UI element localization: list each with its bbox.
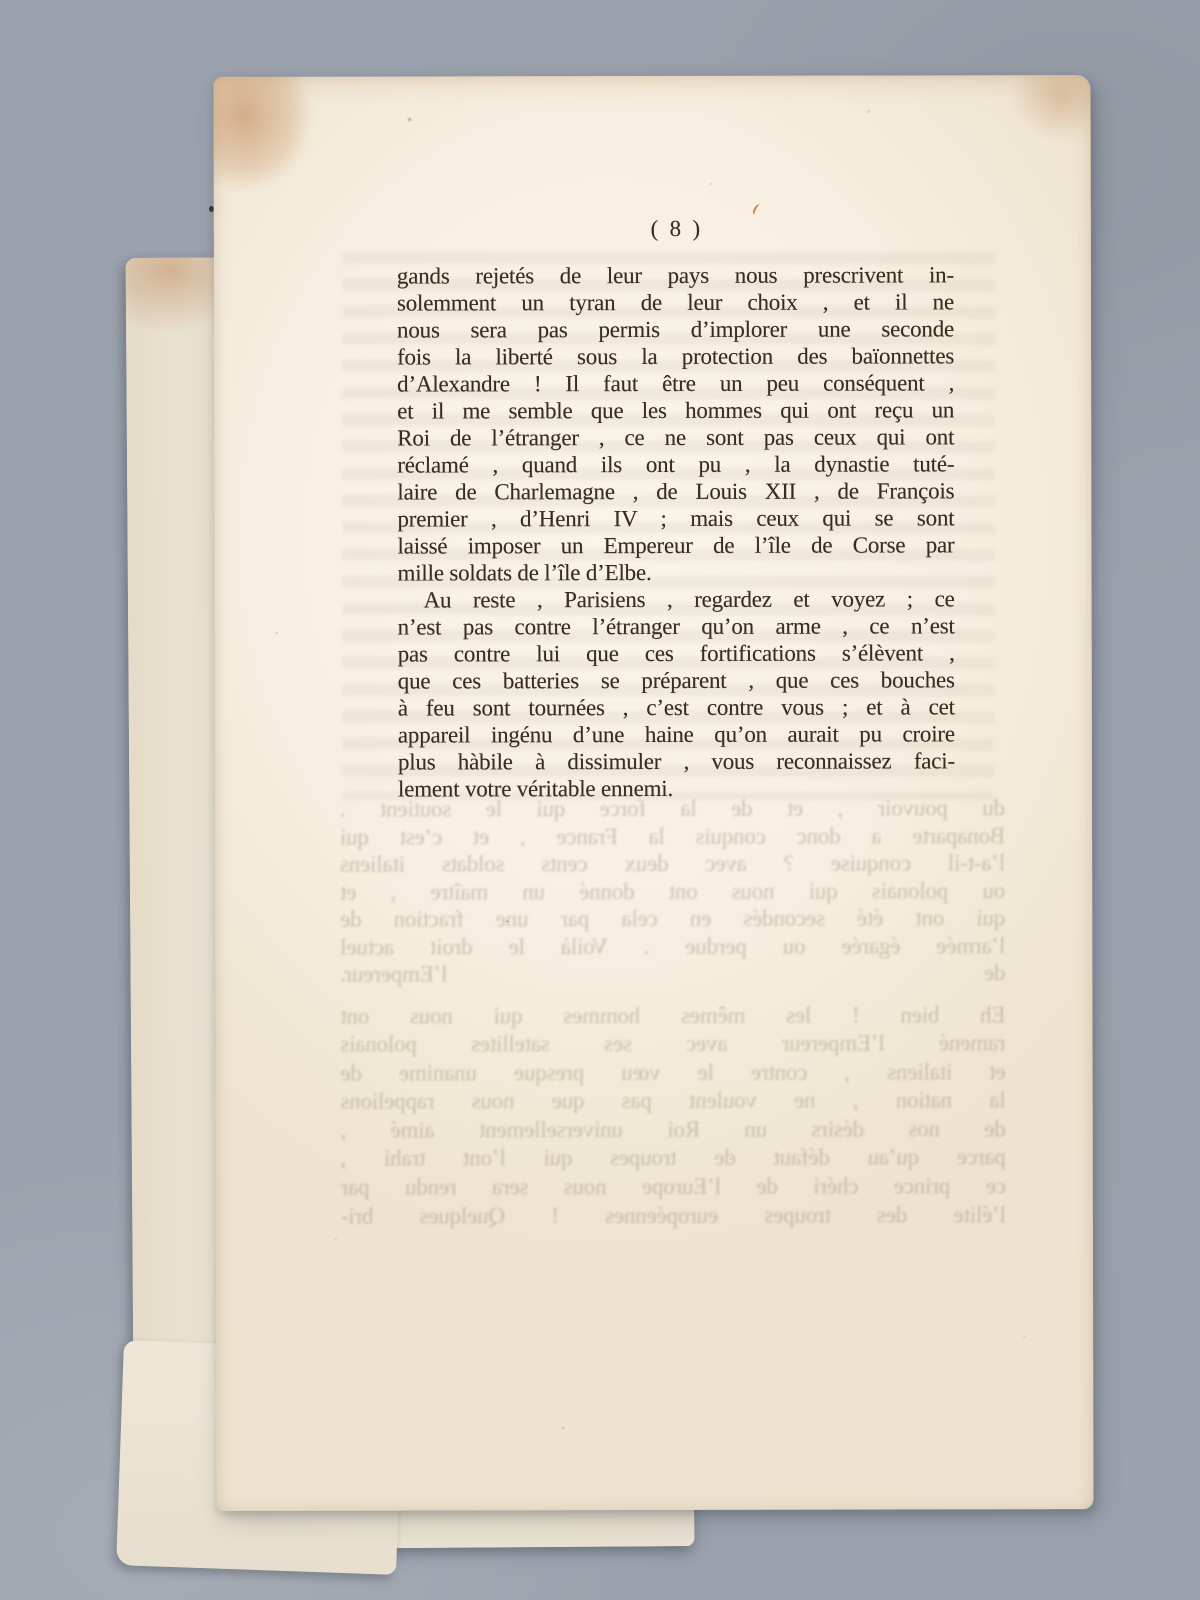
text-line: laire de Charlemagne , de Louis XII , de… (397, 477, 954, 505)
paragraph-continuation: gands rejetés de leur pays nous prescriv… (397, 261, 955, 586)
verso-paragraph: Eh bien ! les mêmes hommes qui nous ontr… (340, 1001, 1005, 1231)
text-line: de nos désirs un Roi universellement aim… (341, 1115, 1006, 1145)
text-line: l’armée égarée ou perdue . Voilà le droi… (340, 932, 1005, 961)
text-line: ou polonais qui nous ont donné un maître… (340, 877, 1005, 906)
text-line: n’est pas contre l’étranger qu’on arme ,… (398, 612, 955, 640)
text-line: l’a-t-il conquise ? avec deux cents sold… (340, 849, 1005, 878)
text-line: laissé imposer un Empereur de l’île de C… (397, 531, 954, 559)
text-line: à feu sont tournées , c’est contre vous … (398, 693, 955, 721)
text-line: lement votre véritable ennemi. (398, 774, 955, 802)
text-line: parce qu’au défaut de troupes qui l’ont … (341, 1144, 1006, 1174)
text-line: qui ont été secondés en cela par une fra… (340, 904, 1005, 933)
text-line: ce prince chéri de l’Europe nous sera re… (341, 1172, 1006, 1202)
text-line: premier , d’Henri IV ; mais ceux qui se … (397, 504, 954, 532)
text-line: réclamé , quand ils ont pu , la dynastie… (397, 450, 954, 478)
text-line: d’Alexandre ! Il faut être un peu conséq… (397, 369, 954, 397)
foxing-stain-top-right (990, 75, 1093, 167)
text-line: ramené l’Empereur avec ses satellites po… (340, 1029, 1005, 1059)
text-line: pas contre lui que ces fortifications s’… (398, 639, 955, 667)
text-line: la nation , ne voulent pas que nous rapp… (341, 1087, 1006, 1117)
text-line: l’élite des troupes européennes ! Quelqu… (341, 1201, 1006, 1231)
verso-paragraph: du pouvoir , et de la force qui le souti… (340, 794, 1005, 988)
text-line: nous sera pas permis d’implorer une seco… (397, 315, 954, 343)
text-line: fois la liberté sous la protection des b… (397, 342, 954, 370)
text-line: plus hàbile à dissimuler , vous reconnai… (398, 747, 955, 775)
foxing-stain-top-left (213, 75, 345, 241)
text-line: solemment un tyran de leur choix , et il… (397, 288, 954, 316)
text-line: et italiens , contre le vœu presque unan… (341, 1058, 1006, 1088)
text-line: appareil ingénu d’une haine qu’on aurait… (398, 720, 955, 748)
showthrough-verso-text: du pouvoir , et de la force qui le souti… (340, 794, 1006, 1231)
text-line: mille soldats de l’île d’Elbe. (398, 558, 955, 586)
text-line: et il me semble que les hommes qui ont r… (397, 396, 954, 424)
pamphlet-page: du pouvoir , et de la force qui le souti… (213, 75, 1093, 1511)
text-line: gands rejetés de leur pays nous prescriv… (397, 261, 954, 289)
printed-text-block: ( 8 ) gands rejetés de leur pays nous pr… (397, 214, 955, 802)
text-line: Au reste , Parisiens , regardez et voyez… (398, 585, 955, 613)
page-number: ( 8 ) (397, 214, 954, 242)
text-line: de l’Empereur. (340, 959, 1005, 988)
text-line: Bonaparte a donc conquis la France , et … (340, 822, 1005, 851)
text-line: que ces batteries se préparent , que ces… (398, 666, 955, 694)
text-line: Eh bien ! les mêmes hommes qui nous ont (340, 1001, 1005, 1031)
paragraph-au-reste: Au reste , Parisiens , regardez et voyez… (398, 585, 955, 802)
text-line: Roi de l’étranger , ce ne sont pas ceux … (397, 423, 954, 451)
photo-backdrop: du pouvoir , et de la force qui le souti… (0, 0, 1200, 1600)
